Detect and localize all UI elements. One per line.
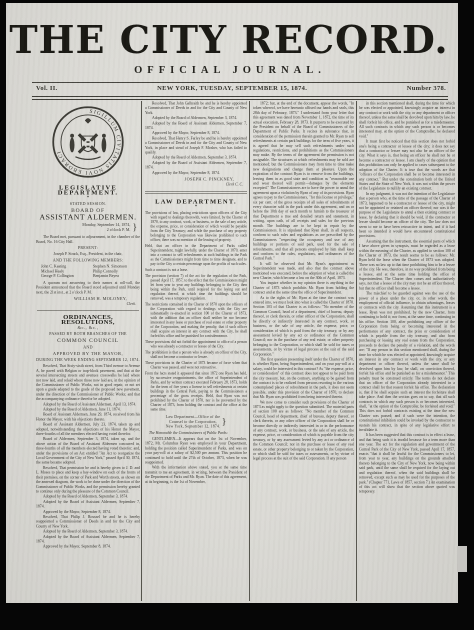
paragraph: You inquire whether in my opinion there … — [253, 281, 354, 295]
caps-line: AND — [36, 345, 140, 350]
paragraph: Resolved, That John Galbraith be and he … — [145, 101, 247, 115]
signature: WILLIAM H. MOLONEY,Clerk. — [36, 297, 140, 306]
paragraph: Adopted by the Board of Assistant Alderm… — [145, 160, 247, 169]
section-heading: LAW DEPARTMENT. — [145, 199, 247, 204]
ornament: * — [36, 196, 140, 200]
paragraph: The Board met, pursuant to adjournment, … — [36, 235, 140, 244]
paragraph: Adopted by the Board of Aldermen, Septem… — [36, 494, 140, 499]
paragraph: Resolved, That permission be and is here… — [36, 465, 140, 493]
subtitle-line: COMMON COUNCIL — [36, 338, 140, 343]
ornament: * — [145, 205, 247, 209]
paragraph: Approved by the Mayor, September 8, 1874… — [36, 509, 140, 514]
caps-line: PASSED BY BOTH BRANCHES OF THE — [36, 332, 140, 337]
paragraph: The mischief to be guarded against was t… — [359, 291, 455, 432]
masthead-dateline: Vol. II. NEW YORK, TUESDAY, SEPTEMBER 15… — [36, 85, 446, 92]
paragraph: Adopted by the Board of Aldermen, June 1… — [36, 407, 140, 412]
board-title: ASSISTANT ALDERMEN. — [36, 215, 140, 220]
issue-number-label: Number 378. — [407, 85, 446, 92]
column-divider — [141, 101, 142, 601]
paragraph: Approved by the Mayor, September 8, 1874… — [145, 131, 247, 136]
masthead-title: THE CITY RECORD. — [6, 17, 452, 62]
paragraph: Board of Assistant Aldermen, June 29, 18… — [36, 412, 140, 421]
members-list: John C. KeatingStephen N. SimonsonMichae… — [36, 264, 140, 278]
paragraph: It will be observed that Mr. Ryan's appo… — [253, 261, 354, 280]
paragraph: Resolved, That Sixty-sixth street, from … — [36, 364, 140, 402]
masthead-rule — [32, 82, 448, 83]
caps-line: PRESENT: — [36, 246, 140, 251]
paragraph: Adopted by the Board of Aldermen, Septem… — [145, 116, 247, 121]
column-2: Resolved, That John Galbraith be and he … — [145, 101, 247, 601]
paragraph: Adopted by the Board of Assistant Alderm… — [36, 534, 140, 543]
column-1: SIGILLUM CIVITATIS NOVI EBORACI — [36, 101, 140, 601]
paragraph: A quorum not answering to their names at… — [36, 281, 140, 295]
paragraph: It must first be noticed that this secti… — [359, 139, 455, 191]
column-3-content: 1872; but, at the end of the document, a… — [253, 101, 354, 461]
caps-line: STATED SESSION. — [36, 202, 140, 207]
syllabus-paragraph: These provisions did not forbid the appo… — [145, 340, 247, 349]
column-4-content: in this section mentioned shall, during … — [359, 101, 455, 494]
session-datetime: Monday, September 14, 1874,2 o'clock P. … — [36, 223, 137, 232]
paragraph: Approved by the Mayor, September 8, 1874… — [145, 170, 247, 175]
caps-line: APPROVED BY THE MAYOR, — [36, 351, 140, 356]
masthead-double-rule — [32, 96, 448, 100]
member-name: Benjamin Beyea — [88, 274, 140, 279]
newspaper-page: THE CITY RECORD. OFFICIAL JOURNAL. Vol. … — [6, 3, 458, 603]
paragraph: GENTLEMEN—It appears that on the 1st of … — [145, 436, 247, 464]
syllabus-paragraph: From the facts stated it appeared that s… — [145, 371, 247, 412]
section-heading: LEGISLATIVE DEPARTMENT. — [36, 185, 140, 194]
caps-line: &c., &c., — [36, 325, 140, 330]
city-seal: SIGILLUM CIVITATIS NOVI EBORACI — [36, 105, 140, 180]
member-name: George P. Collington — [36, 274, 88, 279]
column-2-content: Resolved, That John Galbraith be and he … — [145, 101, 247, 484]
paragraph: Adopted by the Board of Assistant Alderm… — [145, 121, 247, 130]
paragraph: Assuming that the instrument, the essent… — [359, 239, 455, 291]
paragraph: in this section mentioned shall, during … — [359, 101, 455, 139]
syllabus-paragraph: Such a contract is not a lease. — [145, 268, 247, 273]
city-seal-graphic: SIGILLUM CIVITATIS NOVI EBORACI — [51, 105, 125, 179]
section-rule — [37, 311, 139, 312]
paragraph: Adopted by the Board of Aldermen, Septem… — [36, 529, 140, 534]
paragraph: 1872; but, at the end of the document, a… — [253, 101, 354, 261]
paragraph: It has been suggested that this contract… — [359, 433, 455, 494]
caps-line: AND THE FOLLOWING MEMBERS: — [36, 258, 140, 263]
paragraph: Adopted by the Board of Assistant Alderm… — [36, 499, 140, 508]
syllabus-paragraph: The restrictions contained in the Charte… — [145, 302, 247, 338]
syllabus-paragraph: The provision (section 7) of the act for… — [145, 274, 247, 301]
scan-edge-notch — [457, 546, 467, 572]
syllabus-paragraph: These provisions in the Charter of 1873 … — [145, 361, 247, 370]
paragraph: As to the rights of Mr. Ryan at the time… — [253, 295, 354, 356]
paragraph: Adopted by the Board of Aldermen, Septem… — [145, 155, 247, 160]
column-1-content: SIGILLUM CIVITATIS NOVI EBORACI — [36, 105, 140, 549]
paragraph: Board of Aldermen, September 3, 1874, ta… — [36, 437, 140, 465]
paragraph: Board of Assistant Aldermen, July 23, 18… — [36, 422, 140, 436]
section-title: ORDINANCES, RESOLUTIONS, — [36, 315, 140, 324]
brace-glyph: } — [132, 225, 137, 230]
volume-label: Vol. II. — [36, 85, 58, 92]
column-divider — [356, 101, 357, 601]
paragraph: In my judgment, it was not the intention… — [359, 191, 455, 238]
column-divider — [249, 101, 250, 601]
paragraph: Resolved, That Henry S. Farley be and he… — [145, 136, 247, 155]
column-3: 1872; but, at the end of the document, a… — [253, 101, 354, 601]
brace-glyph: } — [222, 419, 227, 424]
date-label: NEW YORK, TUESDAY, SEPTEMBER 15, 1874. — [157, 85, 307, 92]
paragraph: Resolved, That Philip J. Roussel be and … — [36, 514, 140, 528]
syllabus-paragraph: Held, that an officer in the Department … — [145, 244, 247, 267]
paragraph: Adopted by the Board of Assistant Alderm… — [36, 402, 140, 407]
caps-line: DURING THE WEEK ENDING SEPTEMBER 12, 187… — [36, 357, 140, 362]
paragraph: With the information above stated, you a… — [145, 465, 247, 484]
signature: JOSEPH C. PINCKNEY,Clerk C. C. — [145, 177, 247, 186]
salutation: The Honorable the Commissioners of Publi… — [145, 430, 247, 435]
syllabus-paragraph: The provisions of law, placing restricti… — [145, 211, 247, 243]
paragraph: The first question presenting itself und… — [253, 357, 354, 399]
column-4: in this section mentioned shall, during … — [359, 101, 455, 601]
section-rule-double — [145, 191, 247, 194]
scanned-page-frame: THE CITY RECORD. OFFICIAL JOURNAL. Vol. … — [0, 0, 474, 630]
paragraph: We now come to consider such provisions … — [253, 400, 354, 461]
paragraph: Approved by the Mayor, September 8, 1874… — [36, 544, 140, 549]
masthead-subtitle: OFFICIAL JOURNAL. — [6, 65, 454, 76]
letterhead: Law Department—Office of theCounsel to t… — [145, 415, 247, 429]
syllabus-paragraph: The prohibition is that a person who is … — [145, 350, 247, 359]
centered-line: Joseph P. Strack, Esq., President, in th… — [36, 252, 140, 257]
